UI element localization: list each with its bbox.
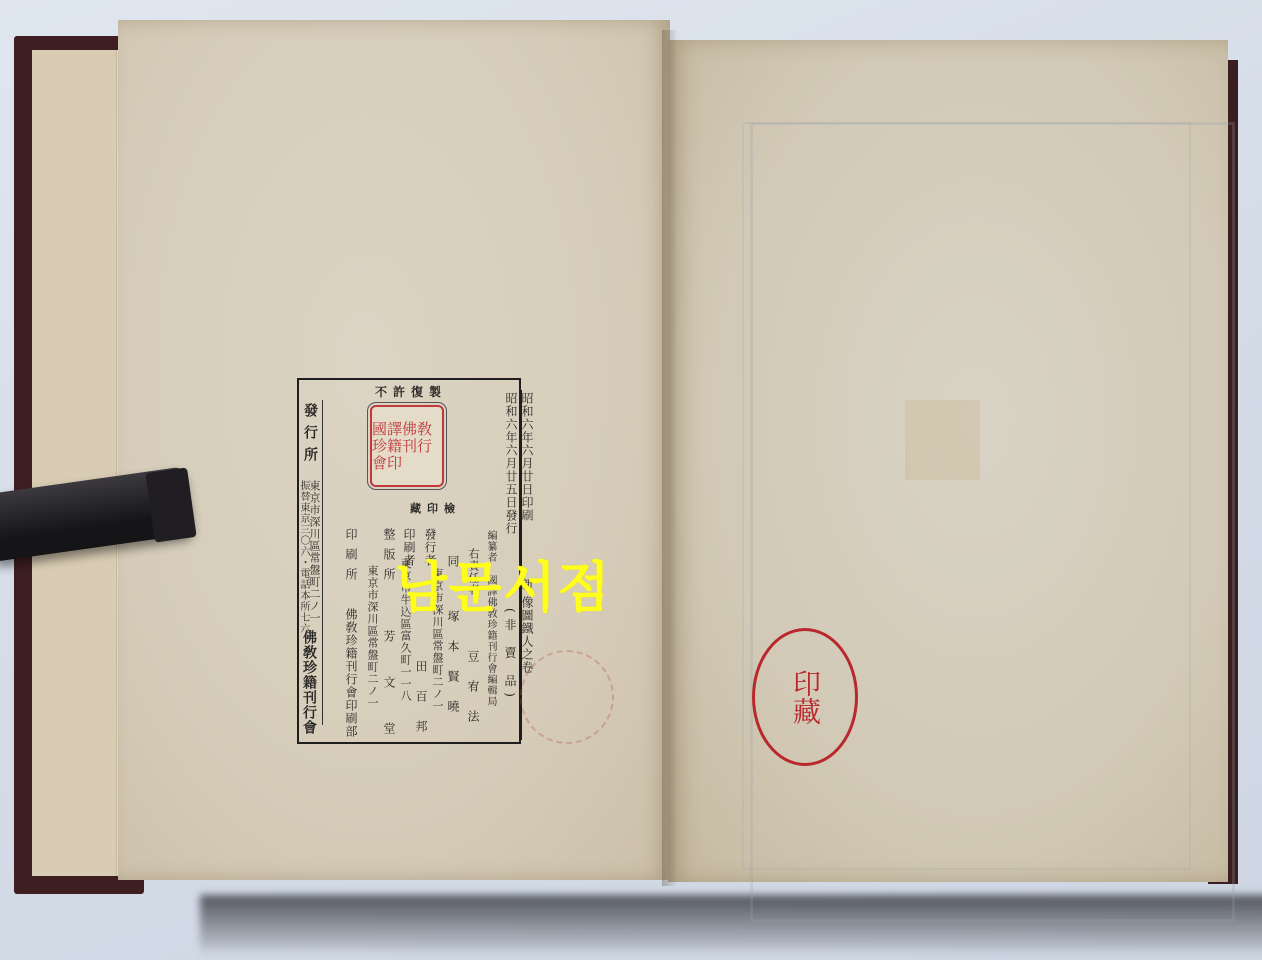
colophon-inner-rule: [322, 400, 323, 725]
print-shop-name: 佛敎珍籍刊行會印刷部: [344, 608, 358, 738]
seal-label: 藏印檢: [410, 500, 461, 516]
print-shop-address: 東京市深川區常盤町二ノ一: [365, 565, 379, 709]
faint-seal-mark: [520, 650, 614, 744]
shop-watermark: 남문서점: [395, 545, 612, 622]
issuer-name: 佛敎珍籍刊行會: [302, 630, 316, 735]
oval-seal: 印藏: [752, 628, 858, 766]
show-through-block: [905, 400, 980, 480]
square-seal: 國譯佛敎珍籍刊行會印: [370, 405, 444, 487]
plate-name: 芳文堂: [382, 630, 396, 768]
copyright-header: 不許復製: [375, 383, 447, 400]
printer-name: 田百邦: [414, 660, 428, 750]
responsible: 豆宥法: [466, 650, 480, 740]
same-person: 塚本賢曉: [446, 610, 460, 730]
print-date: 昭和六年六月廿日印刷: [520, 392, 534, 522]
print-shop-label: 印刷所: [344, 528, 358, 588]
issue-date: 昭和六年六月廿五日發行: [504, 392, 518, 535]
issuer-phone: 振替東京三〇六・電話本所七六: [296, 480, 310, 634]
issuer-label: 發行所: [303, 403, 317, 469]
not-for-sale: (非 賣 品): [503, 608, 517, 703]
plate-label: 整版所: [382, 528, 396, 588]
book-gutter: [662, 30, 676, 886]
